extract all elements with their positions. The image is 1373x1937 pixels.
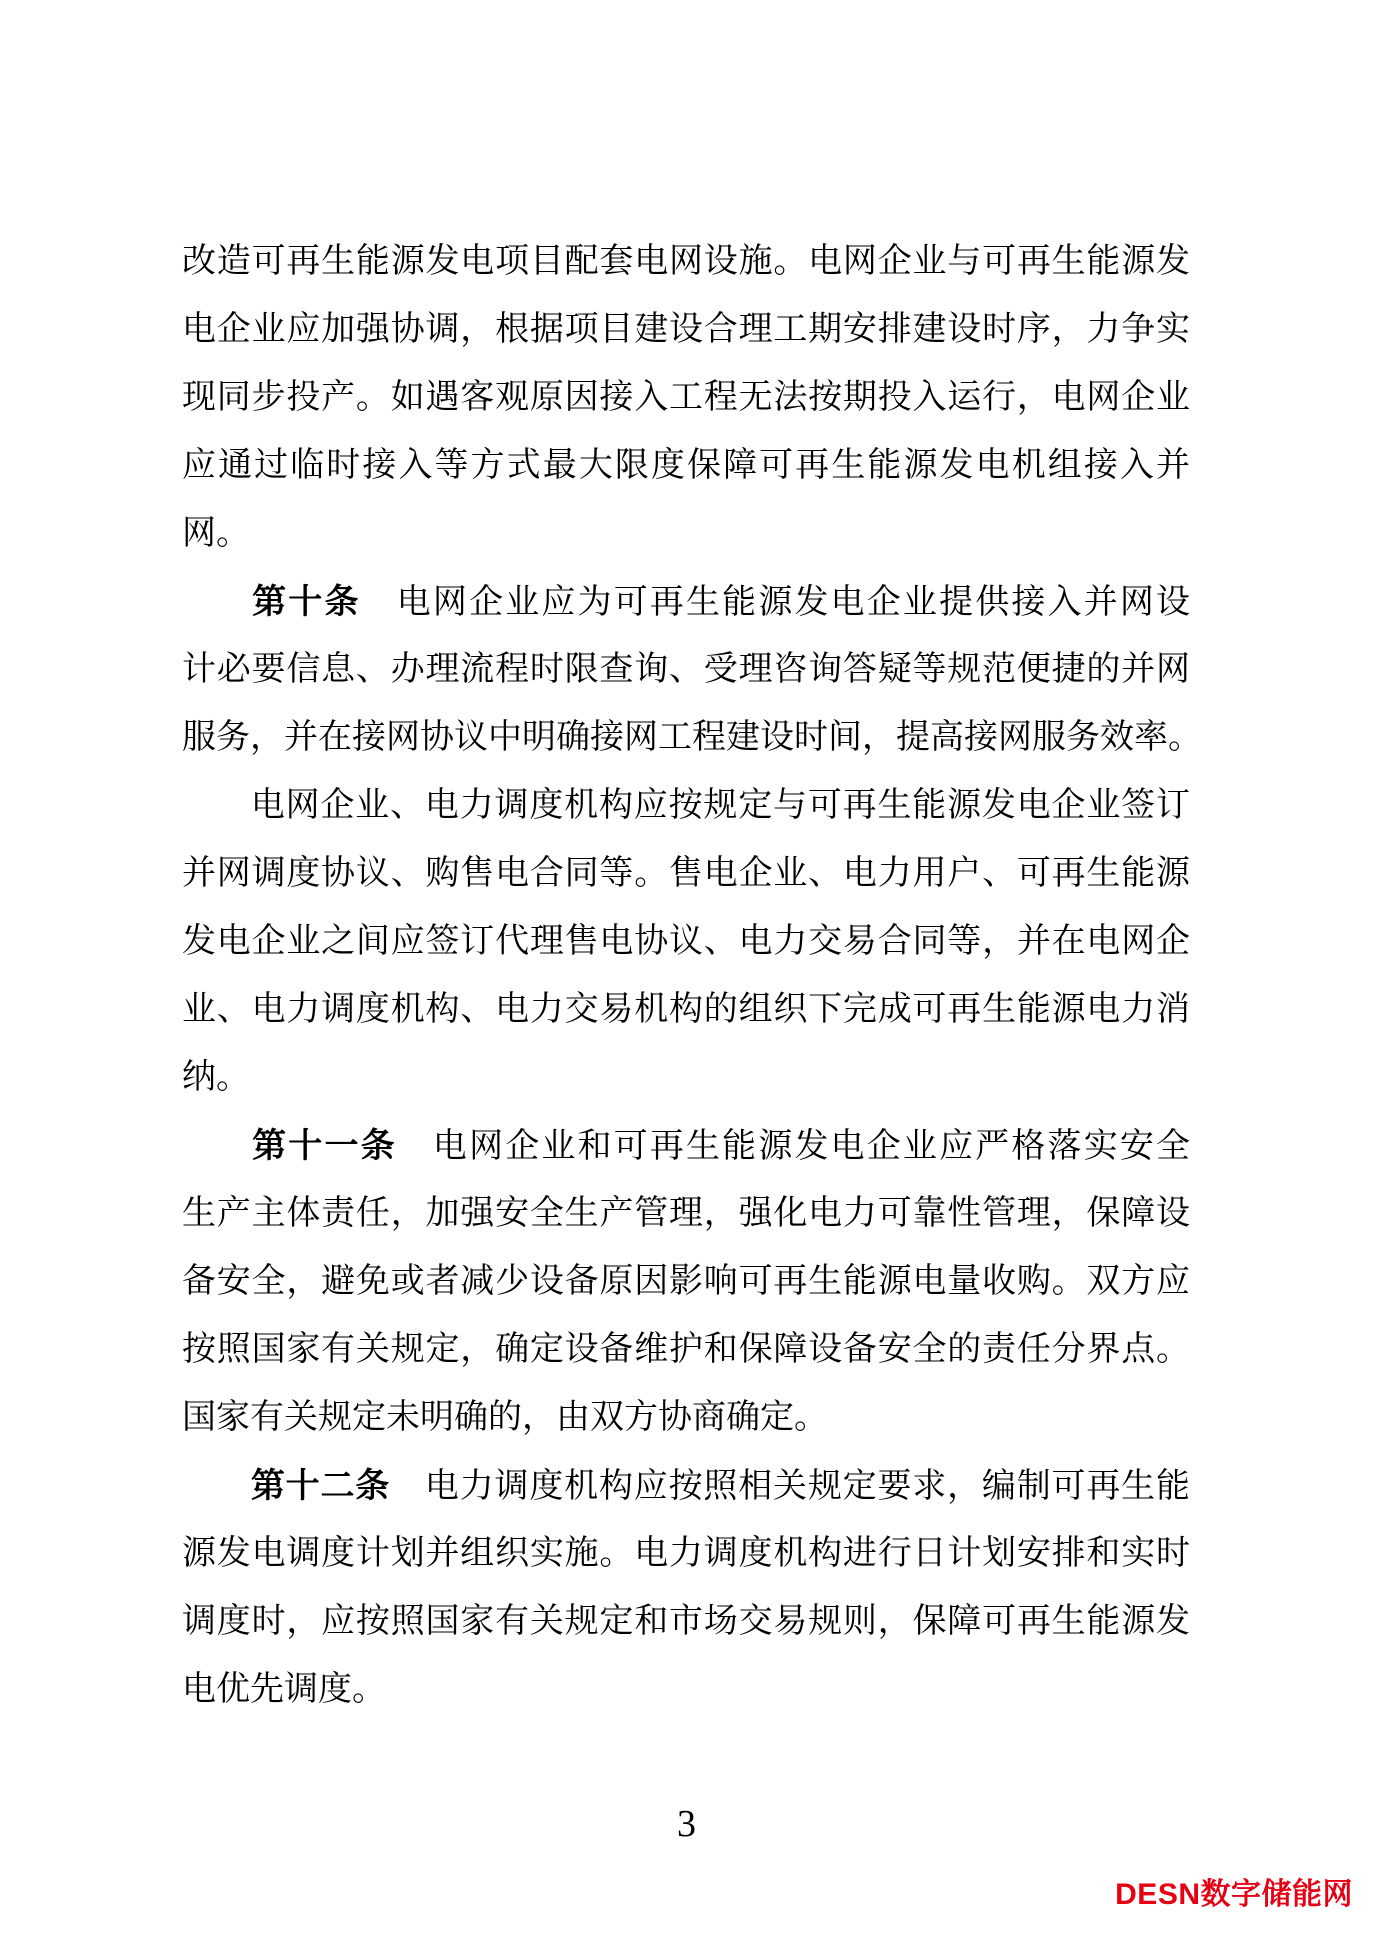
document-line: 业、电力调度机构、电力交易机构的组织下完成可再生能源电力消 bbox=[182, 976, 1190, 1044]
paragraph: 改造可再生能源发电项目配套电网设施。电网企业与可再生能源发电企业应加强协调，根据… bbox=[182, 228, 1190, 568]
paragraph: 电网企业、电力调度机构应按规定与可再生能源发电企业签订并网调度协议、购售电合同等… bbox=[182, 772, 1190, 1112]
document-line: 并网调度协议、购售电合同等。售电企业、电力用户、可再生能源 bbox=[182, 840, 1190, 908]
watermark-logo: DESN数字储能网 bbox=[1115, 1878, 1353, 1912]
paragraph: 第十二条 电力调度机构应按照相关规定要求，编制可再生能源发电调度计划并组织实施。… bbox=[182, 1452, 1190, 1724]
document-line: 应通过临时接入等方式最大限度保障可再生能源发电机组接入并 bbox=[182, 432, 1190, 500]
paragraph-indent bbox=[182, 1496, 250, 1497]
document-line: 第十二条 电力调度机构应按照相关规定要求，编制可再生能 bbox=[182, 1452, 1190, 1520]
article-number: 第十条 bbox=[250, 583, 361, 621]
document-line: 电网企业、电力调度机构应按规定与可再生能源发电企业签订 bbox=[182, 772, 1190, 840]
paragraph: 第十一条 电网企业和可再生能源发电企业应严格落实安全生产主体责任，加强安全生产管… bbox=[182, 1112, 1190, 1452]
paragraph-indent bbox=[182, 612, 250, 613]
article-number: 第十一条 bbox=[250, 1127, 397, 1165]
paragraph-indent bbox=[182, 1156, 250, 1157]
paragraph-indent bbox=[182, 815, 250, 816]
document-line: 生产主体责任，加强安全生产管理，强化电力可靠性管理，保障设 bbox=[182, 1180, 1190, 1248]
document-line: 纳。 bbox=[182, 1044, 1190, 1112]
document-line: 源发电调度计划并组织实施。电力调度机构进行日计划安排和实时 bbox=[182, 1520, 1190, 1588]
document-line: 服务，并在接网协议中明确接网工程建设时间，提高接网服务效率。 bbox=[182, 704, 1190, 772]
document-line: 现同步投产。如遇客观原因接入工程无法按期投入运行，电网企业 bbox=[182, 364, 1190, 432]
paragraph: 第十条 电网企业应为可再生能源发电企业提供接入并网设计必要信息、办理流程时限查询… bbox=[182, 568, 1190, 772]
page-number: 3 bbox=[0, 1804, 1373, 1844]
document-line: 调度时，应按照国家有关规定和市场交易规则，保障可再生能源发 bbox=[182, 1588, 1190, 1656]
document-line: 国家有关规定未明确的，由双方协商确定。 bbox=[182, 1384, 1190, 1452]
document-line: 电企业应加强协调，根据项目建设合理工期安排建设时序，力争实 bbox=[182, 296, 1190, 364]
document-line: 发电企业之间应签订代理售电协议、电力交易合同等，并在电网企 bbox=[182, 908, 1190, 976]
document-body: 改造可再生能源发电项目配套电网设施。电网企业与可再生能源发电企业应加强协调，根据… bbox=[182, 228, 1190, 1724]
document-line: 电优先调度。 bbox=[182, 1656, 1190, 1724]
document-line: 网。 bbox=[182, 500, 1190, 568]
document-line: 改造可再生能源发电项目配套电网设施。电网企业与可再生能源发 bbox=[182, 228, 1190, 296]
document-line: 计必要信息、办理流程时限查询、受理咨询答疑等规范便捷的并网 bbox=[182, 636, 1190, 704]
document-line: 第十一条 电网企业和可再生能源发电企业应严格落实安全 bbox=[182, 1112, 1190, 1180]
document-line: 按照国家有关规定，确定设备维护和保障设备安全的责任分界点。 bbox=[182, 1316, 1190, 1384]
document-line: 备安全，避免或者减少设备原因影响可再生能源电量收购。双方应 bbox=[182, 1248, 1190, 1316]
document-line: 第十条 电网企业应为可再生能源发电企业提供接入并网设 bbox=[182, 568, 1190, 636]
article-number: 第十二条 bbox=[250, 1467, 390, 1505]
document-page: 改造可再生能源发电项目配套电网设施。电网企业与可再生能源发电企业应加强协调，根据… bbox=[0, 0, 1373, 1937]
